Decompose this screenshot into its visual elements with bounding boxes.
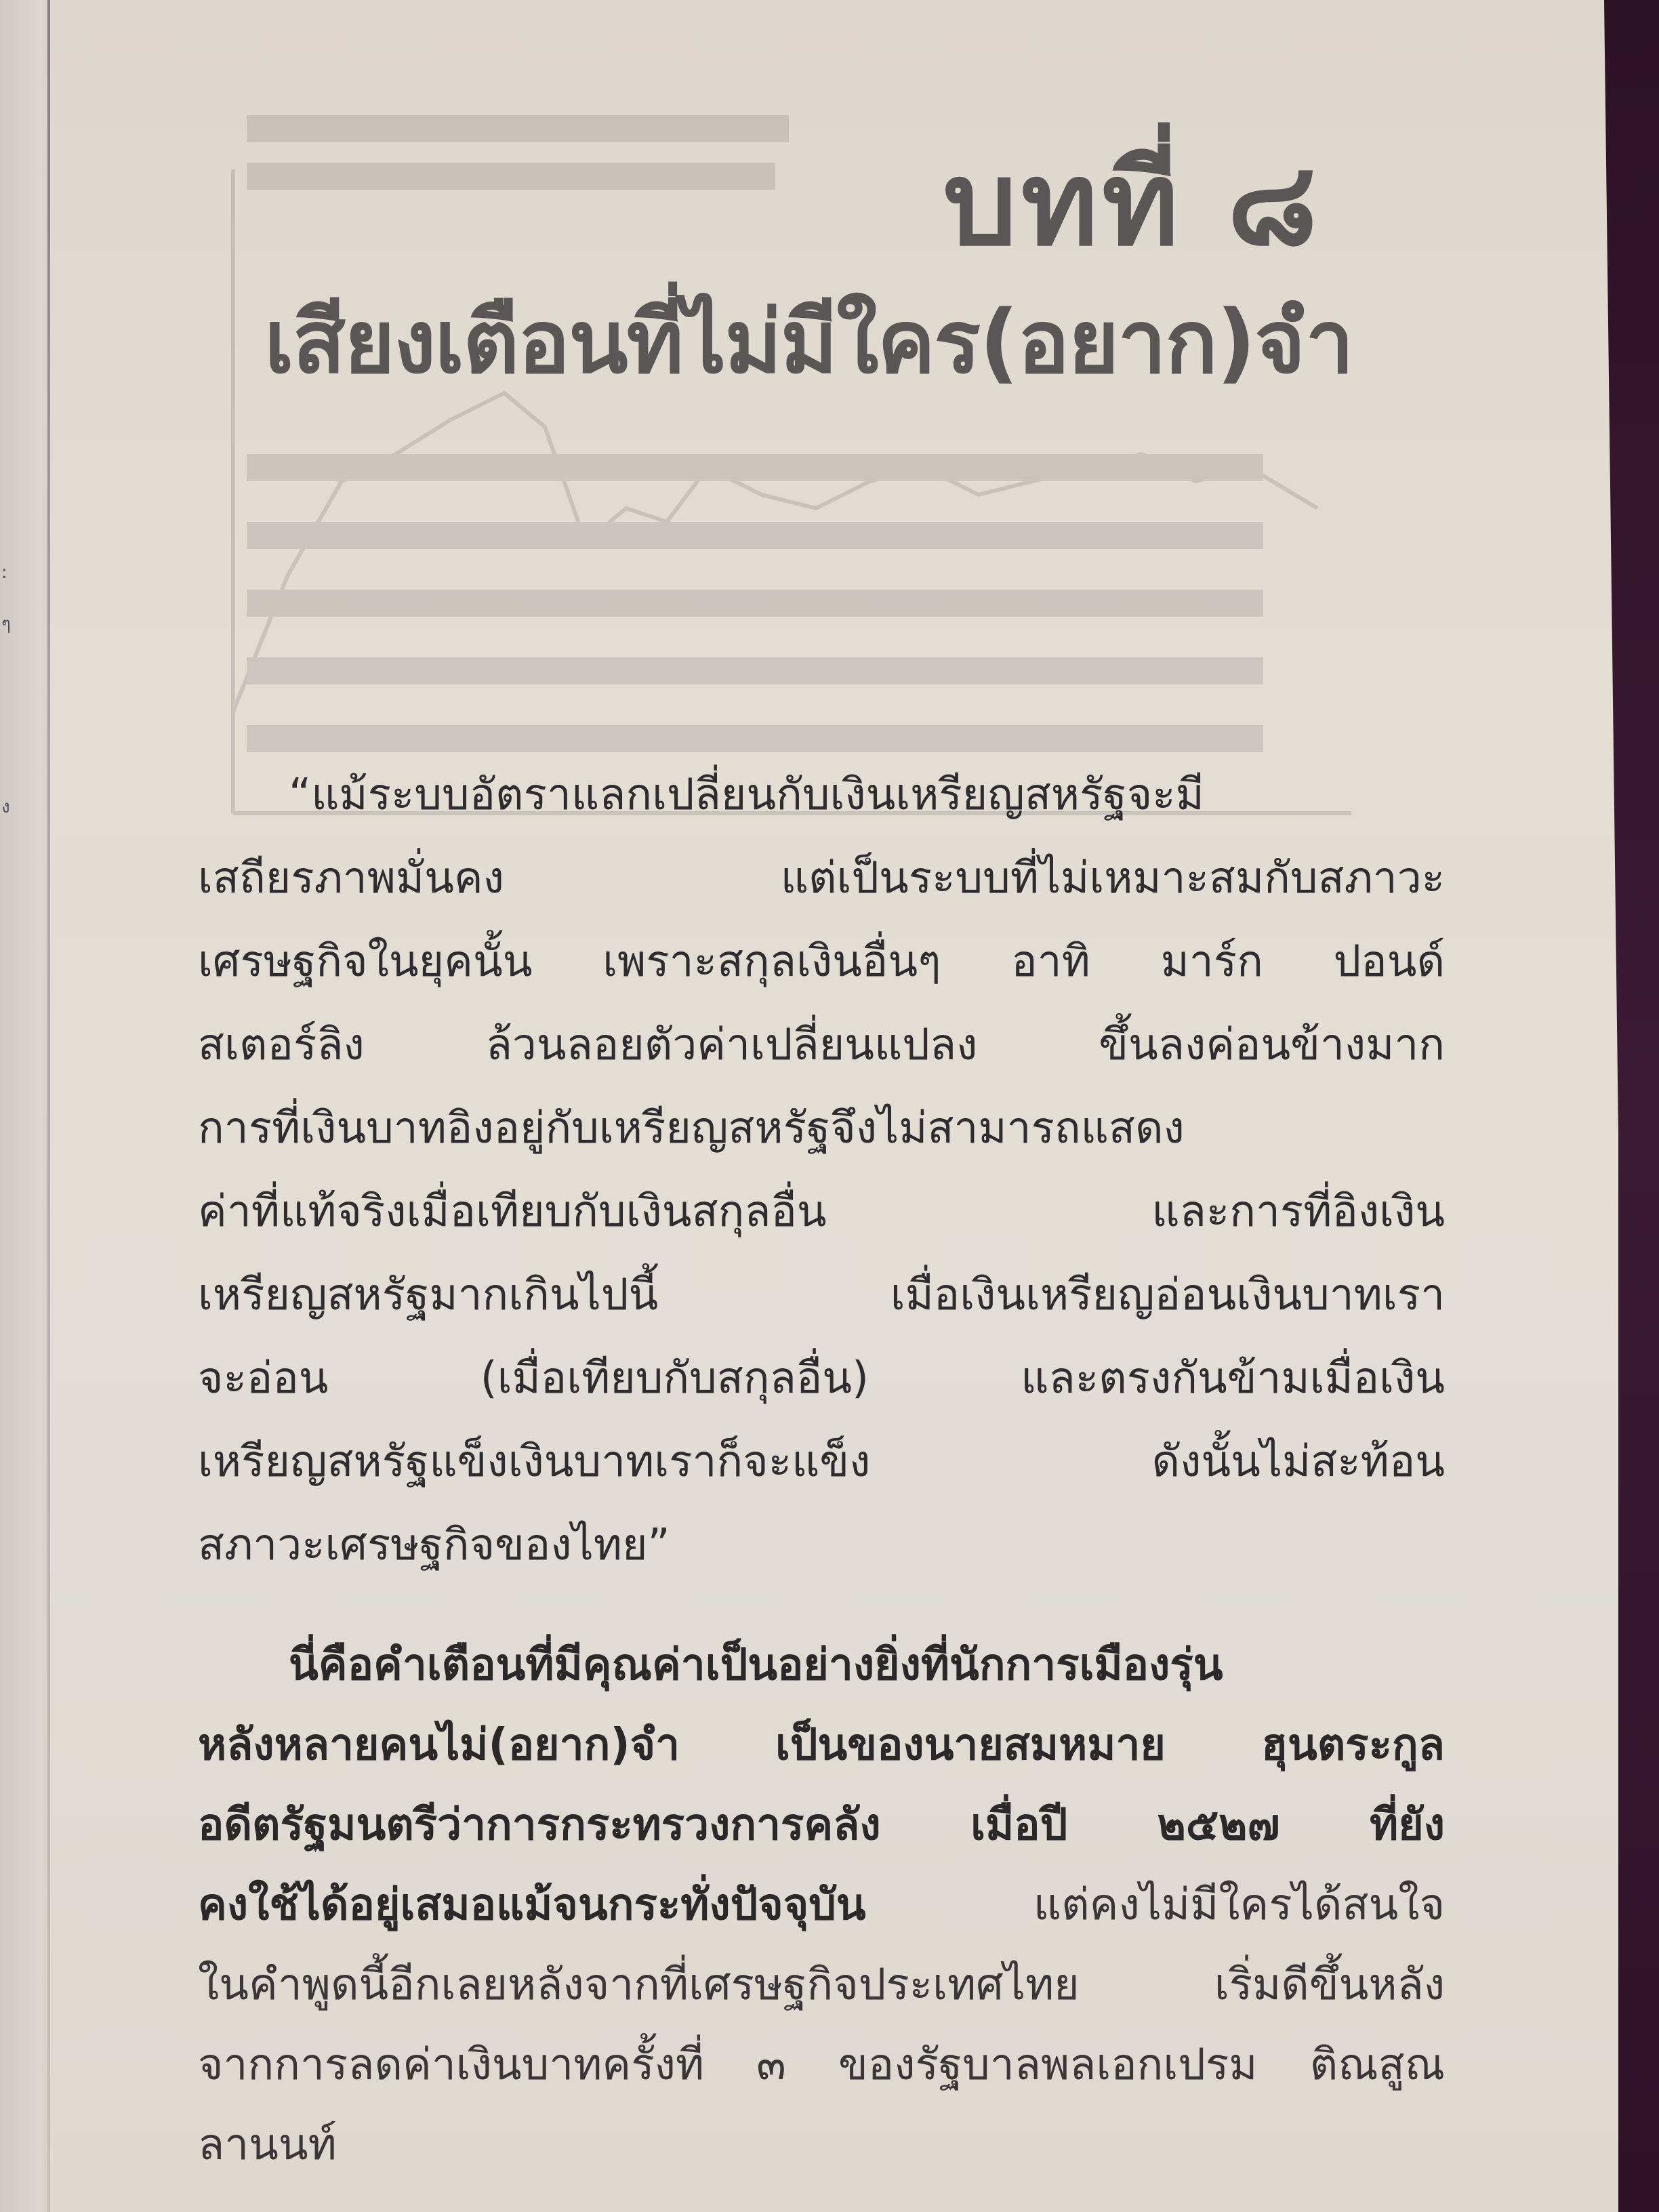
paragraph-line: อดีตรัฐมนตรีว่าการกระทรวงการคลัง เมื่อปี… xyxy=(198,1785,1445,1865)
paragraph-line-mixed: คงใช้ได้อยู่เสมอแม้จนกระทั่งปัจจุบัน แต่… xyxy=(198,1865,1445,1945)
quote-line: จะอ่อน (เมื่อเทียบกับสกุลอื่น) และตรงกัน… xyxy=(198,1337,1445,1420)
book-page: บทที่ ๘ เสียงเตือนที่ไม่มีใคร(อยาก)จำ “แ… xyxy=(50,0,1618,2212)
previous-page-edge: : ๆ ง xyxy=(0,0,50,2212)
quoted-passage: “แม้ระบบอัตราแลกเปลี่ยนกับเงินเหรียญสหรั… xyxy=(198,754,1445,1587)
left-page-fragment: ง xyxy=(1,793,10,821)
paragraph-line: หลังหลายคนไม่(อยาก)จำ เป็นของนายสมหมาย ฮ… xyxy=(198,1705,1445,1785)
paragraph-line: ลานนท์ xyxy=(198,2105,1445,2185)
quote-line: สเตอร์ลิง ล้วนลอยตัวค่าเปลี่ยนแปลง ขึ้นล… xyxy=(198,1004,1445,1087)
paragraph-bold-segment: คงใช้ได้อยู่เสมอแม้จนกระทั่งปัจจุบัน xyxy=(198,1880,866,1930)
quote-line: สภาวะเศรษฐกิจของไทย” xyxy=(198,1504,1445,1587)
left-page-fragment: : xyxy=(1,562,7,583)
paragraph-line: ในคำพูดนี้อีกเลยหลังจากที่เศรษฐกิจประเทศ… xyxy=(198,1945,1445,2025)
quote-line: “แม้ระบบอัตราแลกเปลี่ยนกับเงินเหรียญสหรั… xyxy=(198,754,1445,837)
quote-line: การที่เงินบาทอิงอยู่กับเหรียญสหรัฐจึงไม่… xyxy=(198,1087,1445,1170)
paragraph-line: จากการลดค่าเงินบาทครั้งที่ ๓ ของรัฐบาลพล… xyxy=(198,2025,1445,2105)
paragraph-line: นี่คือคำเตือนที่มีคุณค่าเป็นอย่างยิ่งที่… xyxy=(198,1625,1445,1705)
quote-line: เสถียรภาพมั่นคง แต่เป็นระบบที่ไม่เหมาะสม… xyxy=(198,837,1445,920)
page-gutter-shadow xyxy=(47,0,50,2212)
body-paragraph: นี่คือคำเตือนที่มีคุณค่าเป็นอย่างยิ่งที่… xyxy=(198,1625,1445,2185)
quote-line: เหรียญสหรัฐแข็งเงินบาทเราก็จะแข็ง ดังนั้… xyxy=(198,1420,1445,1504)
quote-line: เหรียญสหรัฐมากเกินไปนี้ เมื่อเงินเหรียญอ… xyxy=(198,1254,1445,1337)
chapter-number-heading: บทที่ ๘ xyxy=(943,146,1322,262)
left-page-fragment: ๆ xyxy=(1,610,11,638)
paragraph-regular-segment: แต่คงไม่มีใครได้สนใจ xyxy=(1033,1880,1445,1930)
quote-line: เศรษฐกิจในยุคนั้น เพราะสกุลเงินอื่นๆ อาท… xyxy=(198,920,1445,1004)
chapter-title-heading: เสียงเตือนที่ไม่มีใคร(อยาก)จำ xyxy=(264,293,1430,392)
quote-line: ค่าที่แท้จริงเมื่อเทียบกับเงินสกุลอื่น แ… xyxy=(198,1170,1445,1254)
